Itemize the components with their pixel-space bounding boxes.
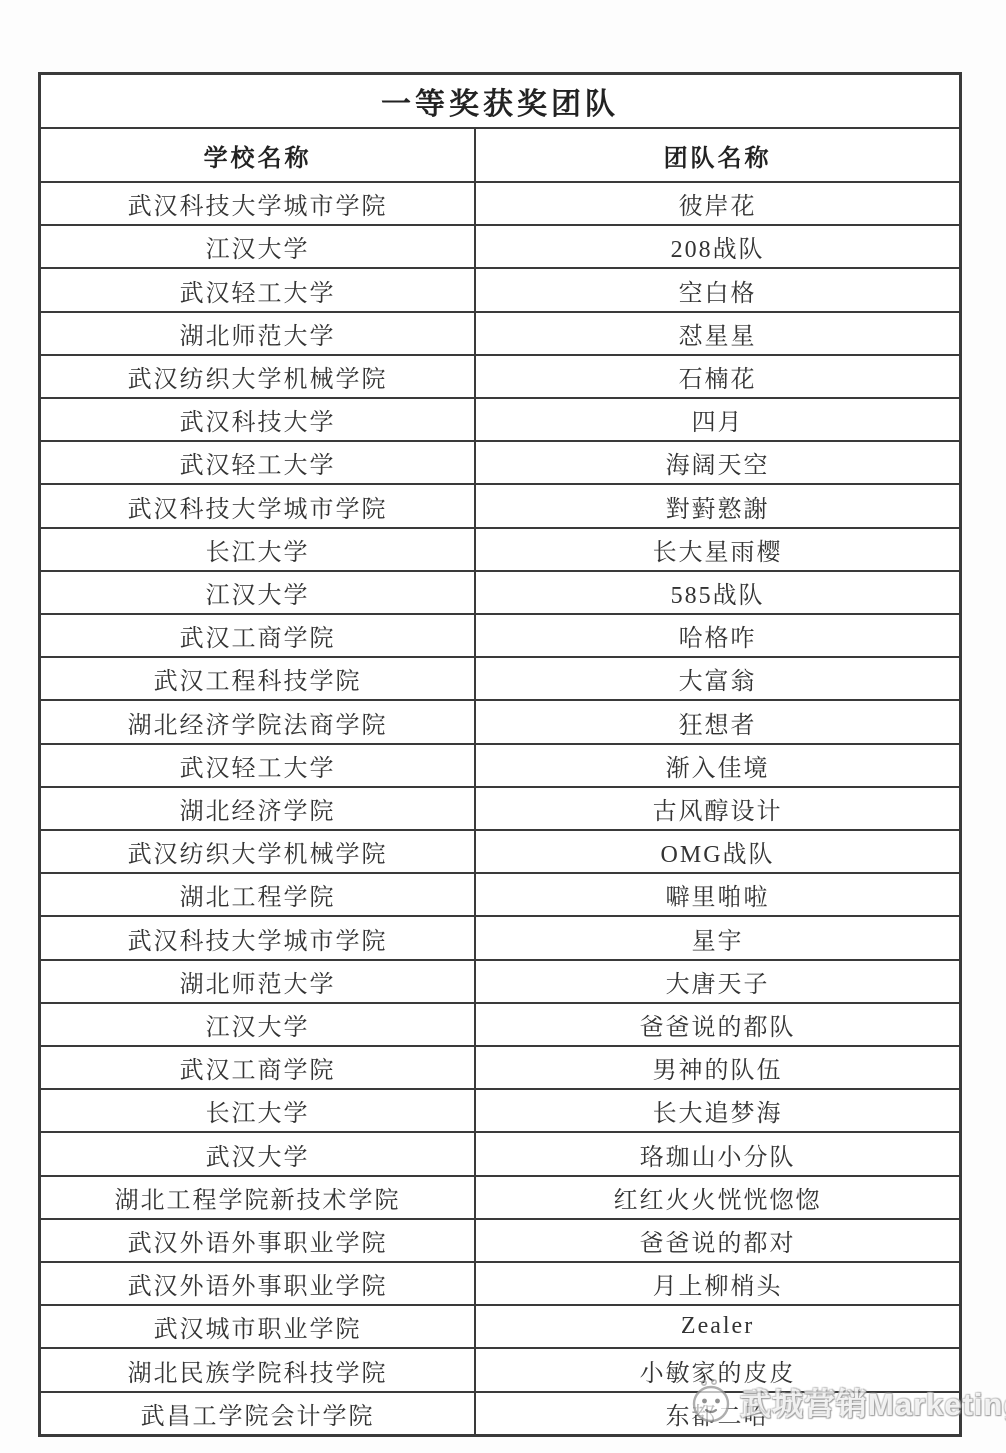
school-cell: 江汉大学 (41, 1004, 476, 1045)
team-cell: 石楠花 (476, 356, 959, 397)
school-cell: 武汉大学 (41, 1133, 476, 1174)
team-cell: 长大星雨樱 (476, 529, 959, 570)
team-cell: 月上柳梢头 (476, 1263, 959, 1304)
team-cell: 渐入佳境 (476, 745, 959, 786)
school-cell: 湖北师范大学 (41, 313, 476, 354)
school-cell: 武汉纺织大学机械学院 (41, 831, 476, 872)
column-header-school: 学校名称 (41, 129, 476, 181)
team-cell: 彼岸花 (476, 183, 959, 224)
column-header-team: 团队名称 (476, 129, 959, 181)
table-row: 武汉纺织大学机械学院 石楠花 (41, 354, 959, 397)
school-cell: 江汉大学 (41, 226, 476, 267)
table-row: 武昌工学院会计学院 东都二哈 (41, 1391, 959, 1434)
school-cell: 武汉城市职业学院 (41, 1306, 476, 1347)
school-cell: 武汉轻工大学 (41, 442, 476, 483)
table-title: 一等奖获奖团队 (41, 75, 959, 127)
table-row: 武汉科技大学城市学院 星宇 (41, 915, 959, 958)
school-cell: 湖北工程学院新技术学院 (41, 1177, 476, 1218)
table-row: 武汉轻工大学 海阔天空 (41, 440, 959, 483)
table-row: 武汉大学 珞珈山小分队 (41, 1131, 959, 1174)
team-cell: 爸爸说的都对 (476, 1220, 959, 1261)
team-cell: 古风醇设计 (476, 788, 959, 829)
table-row: 江汉大学 585战队 (41, 570, 959, 613)
table-row: 湖北师范大学 怼星星 (41, 311, 959, 354)
table-row: 江汉大学 208战队 (41, 224, 959, 267)
team-cell: 噼里啪啦 (476, 874, 959, 915)
school-cell: 武汉工商学院 (41, 1047, 476, 1088)
table-row: 武汉轻工大学 空白格 (41, 267, 959, 310)
school-cell: 武汉科技大学城市学院 (41, 183, 476, 224)
team-cell: 爸爸说的都队 (476, 1004, 959, 1045)
team-cell: 大富翁 (476, 658, 959, 699)
table-row: 武汉城市职业学院 Zealer (41, 1304, 959, 1347)
table-row: 武汉外语外事职业学院 爸爸说的都对 (41, 1218, 959, 1261)
school-cell: 武汉轻工大学 (41, 269, 476, 310)
team-cell: 怼星星 (476, 313, 959, 354)
table-row: 武汉工商学院 男神的队伍 (41, 1045, 959, 1088)
team-cell: 四月 (476, 399, 959, 440)
school-cell: 武汉外语外事职业学院 (41, 1263, 476, 1304)
table-row: 湖北工程学院新技术学院 红红火火恍恍惚惚 (41, 1175, 959, 1218)
table-row: 武汉科技大学城市学院 彼岸花 (41, 181, 959, 224)
table-row: 武汉科技大学城市学院 對薱憝謝 (41, 483, 959, 526)
school-cell: 武昌工学院会计学院 (41, 1393, 476, 1434)
school-cell: 武汉外语外事职业学院 (41, 1220, 476, 1261)
table-row: 武汉纺织大学机械学院 OMG战队 (41, 829, 959, 872)
table-row: 武汉科技大学 四月 (41, 397, 959, 440)
school-cell: 武汉科技大学 (41, 399, 476, 440)
team-cell: 對薱憝謝 (476, 485, 959, 526)
team-cell: 208战队 (476, 226, 959, 267)
table-row: 武汉工程科技学院 大富翁 (41, 656, 959, 699)
team-cell: 星宇 (476, 917, 959, 958)
team-cell: 大唐天子 (476, 961, 959, 1002)
prize-table: 一等奖获奖团队 学校名称 团队名称 武汉科技大学城市学院 彼岸花 江汉大学 20… (38, 72, 962, 1437)
team-cell: 长大追梦海 (476, 1090, 959, 1131)
school-cell: 武汉纺织大学机械学院 (41, 356, 476, 397)
team-cell: 小敏家的皮皮 (476, 1349, 959, 1390)
school-cell: 湖北民族学院科技学院 (41, 1349, 476, 1390)
table-row: 武汉工商学院 哈格咋 (41, 613, 959, 656)
table-row: 湖北工程学院 噼里啪啦 (41, 872, 959, 915)
school-cell: 湖北工程学院 (41, 874, 476, 915)
team-cell: 珞珈山小分队 (476, 1133, 959, 1174)
school-cell: 武汉轻工大学 (41, 745, 476, 786)
team-cell: 585战队 (476, 572, 959, 613)
team-cell: 海阔天空 (476, 442, 959, 483)
school-cell: 长江大学 (41, 1090, 476, 1131)
table-row: 武汉外语外事职业学院 月上柳梢头 (41, 1261, 959, 1304)
team-cell: OMG战队 (476, 831, 959, 872)
table-row: 长江大学 长大追梦海 (41, 1088, 959, 1131)
table-row: 武汉轻工大学 渐入佳境 (41, 743, 959, 786)
school-cell: 长江大学 (41, 529, 476, 570)
table-row: 长江大学 长大星雨樱 (41, 527, 959, 570)
school-cell: 武汉科技大学城市学院 (41, 917, 476, 958)
team-cell: 狂想者 (476, 701, 959, 742)
team-cell: 哈格咋 (476, 615, 959, 656)
school-cell: 江汉大学 (41, 572, 476, 613)
school-cell: 武汉工商学院 (41, 615, 476, 656)
table-body: 武汉科技大学城市学院 彼岸花 江汉大学 208战队 武汉轻工大学 空白格 湖北师… (41, 181, 959, 1434)
table-row: 湖北民族学院科技学院 小敏家的皮皮 (41, 1347, 959, 1390)
school-cell: 湖北经济学院 (41, 788, 476, 829)
school-cell: 武汉工程科技学院 (41, 658, 476, 699)
team-cell: 空白格 (476, 269, 959, 310)
table-row: 湖北经济学院 古风醇设计 (41, 786, 959, 829)
school-cell: 武汉科技大学城市学院 (41, 485, 476, 526)
team-cell: 男神的队伍 (476, 1047, 959, 1088)
scanned-document-page: 一等奖获奖团队 学校名称 团队名称 武汉科技大学城市学院 彼岸花 江汉大学 20… (0, 0, 1006, 1453)
team-cell: 东都二哈 (476, 1393, 959, 1434)
team-cell: Zealer (476, 1306, 959, 1347)
table-row: 江汉大学 爸爸说的都队 (41, 1002, 959, 1045)
school-cell: 湖北师范大学 (41, 961, 476, 1002)
table-row: 湖北经济学院法商学院 狂想者 (41, 699, 959, 742)
table-header-row: 学校名称 团队名称 (41, 127, 959, 181)
team-cell: 红红火火恍恍惚惚 (476, 1177, 959, 1218)
table-row: 湖北师范大学 大唐天子 (41, 959, 959, 1002)
school-cell: 湖北经济学院法商学院 (41, 701, 476, 742)
